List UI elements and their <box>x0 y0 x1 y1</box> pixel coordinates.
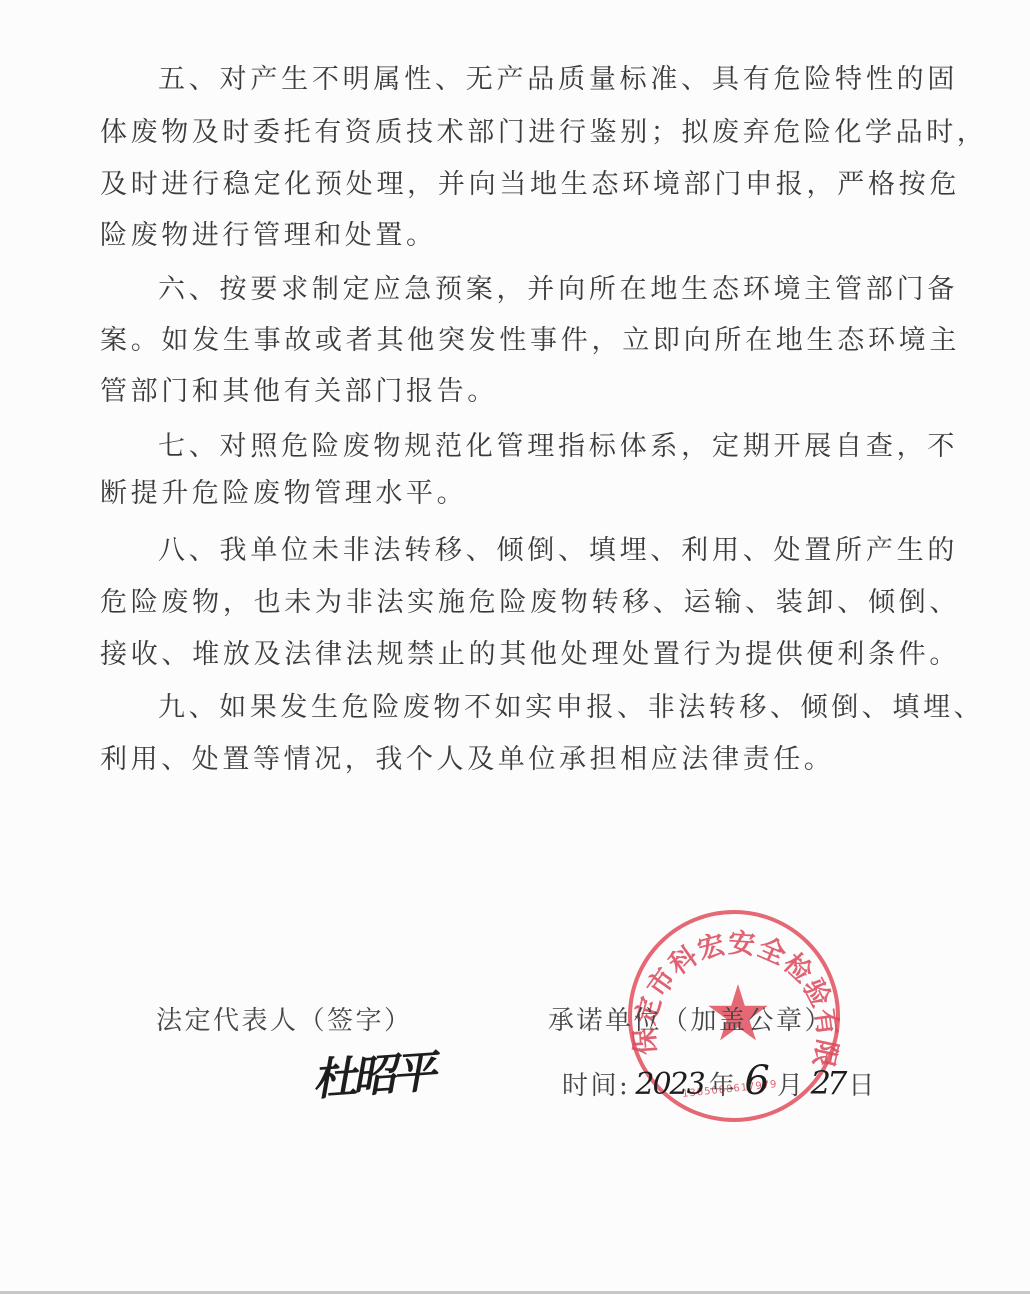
date-month-suffix: 月 <box>777 1071 806 1101</box>
document-page: 五、对产生不明属性、无产品质量标准、具有危险特性的固 体废物及时委托有资质技术部… <box>0 0 1030 1294</box>
date-month-handwritten: 6 <box>744 1058 769 1104</box>
paragraph-6-line-2: 案。如发生事故或者其他突发性事件，立即向所在地生态环境主 <box>100 324 960 358</box>
paragraph-5-line-4: 险废物进行管理和处置。 <box>100 219 960 253</box>
paragraph-9-line-2: 利用、处置等情况，我个人及单位承担相应法律责任。 <box>100 743 960 777</box>
paragraph-5-line-1: 五、对产生不明属性、无产品质量标准、具有危险特性的固 <box>158 63 958 97</box>
paragraph-7-line-1: 七、对照危险废物规范化管理指标体系，定期开展自查，不 <box>158 430 958 464</box>
paragraph-8-line-1: 八、我单位未非法转移、倾倒、填埋、利用、处置所产生的 <box>158 534 958 568</box>
paragraph-9-line-1: 九、如果发生危险废物不如实申报、非法转移、倾倒、填埋、 <box>158 691 958 725</box>
svg-text:保定市科宏安全检验有限公司: 保定市科宏安全检验有限公司 <box>628 910 840 1071</box>
legal-representative-label: 法定代表人（签字） <box>156 1000 413 1037</box>
date-day-suffix: 日 <box>848 1071 877 1101</box>
paragraph-7-line-2: 断提升危险废物管理水平。 <box>100 477 960 511</box>
committing-unit-label: 承诺单位（加盖公章） <box>548 1000 833 1037</box>
date-year-suffix: 年 <box>709 1071 738 1101</box>
paragraph-5-line-2: 体废物及时委托有资质技术部门进行鉴别；拟废弃危险化学品时， <box>100 116 960 150</box>
paragraph-8-line-2: 危险废物，也未为非法实施危险废物转移、运输、装卸、倾倒、 <box>100 586 960 620</box>
paragraph-6-line-3: 管部门和其他有关部门报告。 <box>100 375 960 409</box>
date-day-handwritten: 27 <box>811 1064 844 1102</box>
legal-representative-signature: 杜昭平 <box>310 1036 434 1108</box>
date-label: 时间: <box>562 1071 630 1101</box>
date-line: 时间: 2023 年 6 月 27 日 <box>562 1058 877 1104</box>
paragraph-5-line-3: 及时进行稳定化预处理，并向当地生态环境部门申报，严格按危 <box>100 168 960 202</box>
seal-company-name: 保定市科宏安全检验有限公司 <box>628 910 840 1071</box>
paragraph-6-line-1: 六、按要求制定应急预案，并向所在地生态环境主管部门备 <box>158 273 958 307</box>
date-year-handwritten: 2023 <box>635 1067 703 1102</box>
paragraph-8-line-3: 接收、堆放及法律法规禁止的其他处理处置行为提供便利条件。 <box>100 638 960 672</box>
